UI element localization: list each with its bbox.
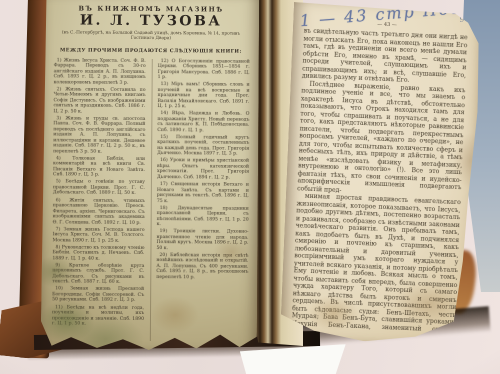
catalog-entry: 19) Троицкіе листки. Духовно-нравственно…: [156, 229, 248, 252]
paragraph: Послѣднее выраженіе, равно какъ ихъ подл…: [297, 80, 466, 199]
catalog-entry: 18) Двунадесятые праздники православной …: [157, 206, 249, 229]
page-body-text: въ свидѣтельную часть третьяго дня они н…: [280, 24, 481, 335]
catalog-column-right: 12) О Богослуженіи православной Церкви. …: [150, 59, 250, 342]
catalog-entry: 20) Библейская исторія при свѣтѣ новѣйши…: [156, 253, 248, 281]
photograph-open-antique-book: ВЪ КНИЖНОМЪ МАГАЗИНѢ И. Л. ТУЗОВА (въ С.…: [0, 0, 500, 374]
catalog-column-left: 1) Жизнь Іисуса Христа. Соч. Ф. В. Фарра…: [52, 58, 146, 341]
catalog-entry: 10) Земная жизнь Пресвятой Богородицы. С…: [52, 287, 144, 304]
catalog-entry: 12) О Богослуженіи православной Церкви. …: [158, 59, 250, 82]
right-page-body-text: — 43 — въ свидѣтельную часть третьяго дн…: [280, 2, 482, 346]
catalog-entry: 8) Руководство къ толковому чтенію Библі…: [52, 245, 144, 262]
catalog-entry: 7) Земная жизнь Господа нашего Іисуса Хр…: [53, 227, 145, 244]
catalog-entry: 14) Вѣра, Надежда и Любовь. О подражаніи…: [157, 111, 249, 134]
catalog-entry: 1) Жизнь Іисуса Христа. Соч. Ф. В. Фарра…: [54, 58, 146, 86]
bookstore-address: (въ С.-Петербургѣ, на Большой Садовой ул…: [43, 30, 259, 42]
catalog-entry: 2) Жизнь святыхъ. Составила по Четьи-Мин…: [53, 87, 145, 115]
catalog-entry: 16) Уроки и примѣры христіанской вѣры. О…: [157, 159, 249, 182]
catalog-entry: 6) Житія святыхъ, чтимыхъ православною Ц…: [53, 198, 145, 226]
catalog-entry: 4) Толковая Библія, или комментарій на в…: [53, 156, 145, 179]
paragraph: въ свидѣтельную часть третьяго дня они н…: [302, 27, 468, 86]
catalog-entry: 13) Міръ вамъ! Сборникъ словъ и поученій…: [157, 82, 249, 110]
catalog-entry: 15) Полный годичный кругъ краткихъ поуче…: [157, 135, 249, 158]
bookstore-name: И. Л. ТУЗОВА: [43, 13, 259, 30]
left-page-bookstore-advertisement: ВЪ КНИЖНОМЪ МАГАЗИНѢ И. Л. ТУЗОВА (въ С.…: [41, 0, 259, 351]
catalog-entry: 17) Священная исторія Ветхаго и Новаго З…: [157, 182, 249, 205]
catalog-entry: 3) Жизнь и труды св. апостола Павла. Соч…: [53, 116, 145, 155]
catalog-columns: 1) Жизнь Іисуса Христа. Соч. Ф. В. Фарра…: [41, 53, 259, 342]
paragraph: мнимая простая правдивость евангельскаго…: [290, 192, 461, 334]
catalog-entry: 11) Бесѣды на всѣ недѣли года, поученія …: [52, 305, 144, 328]
catalog-entry: 9) Краткое обозрѣніе круга церковныхъ сл…: [52, 263, 144, 286]
catalog-entry: 5) Бесѣды о говѣніи по уставу православн…: [53, 180, 145, 197]
